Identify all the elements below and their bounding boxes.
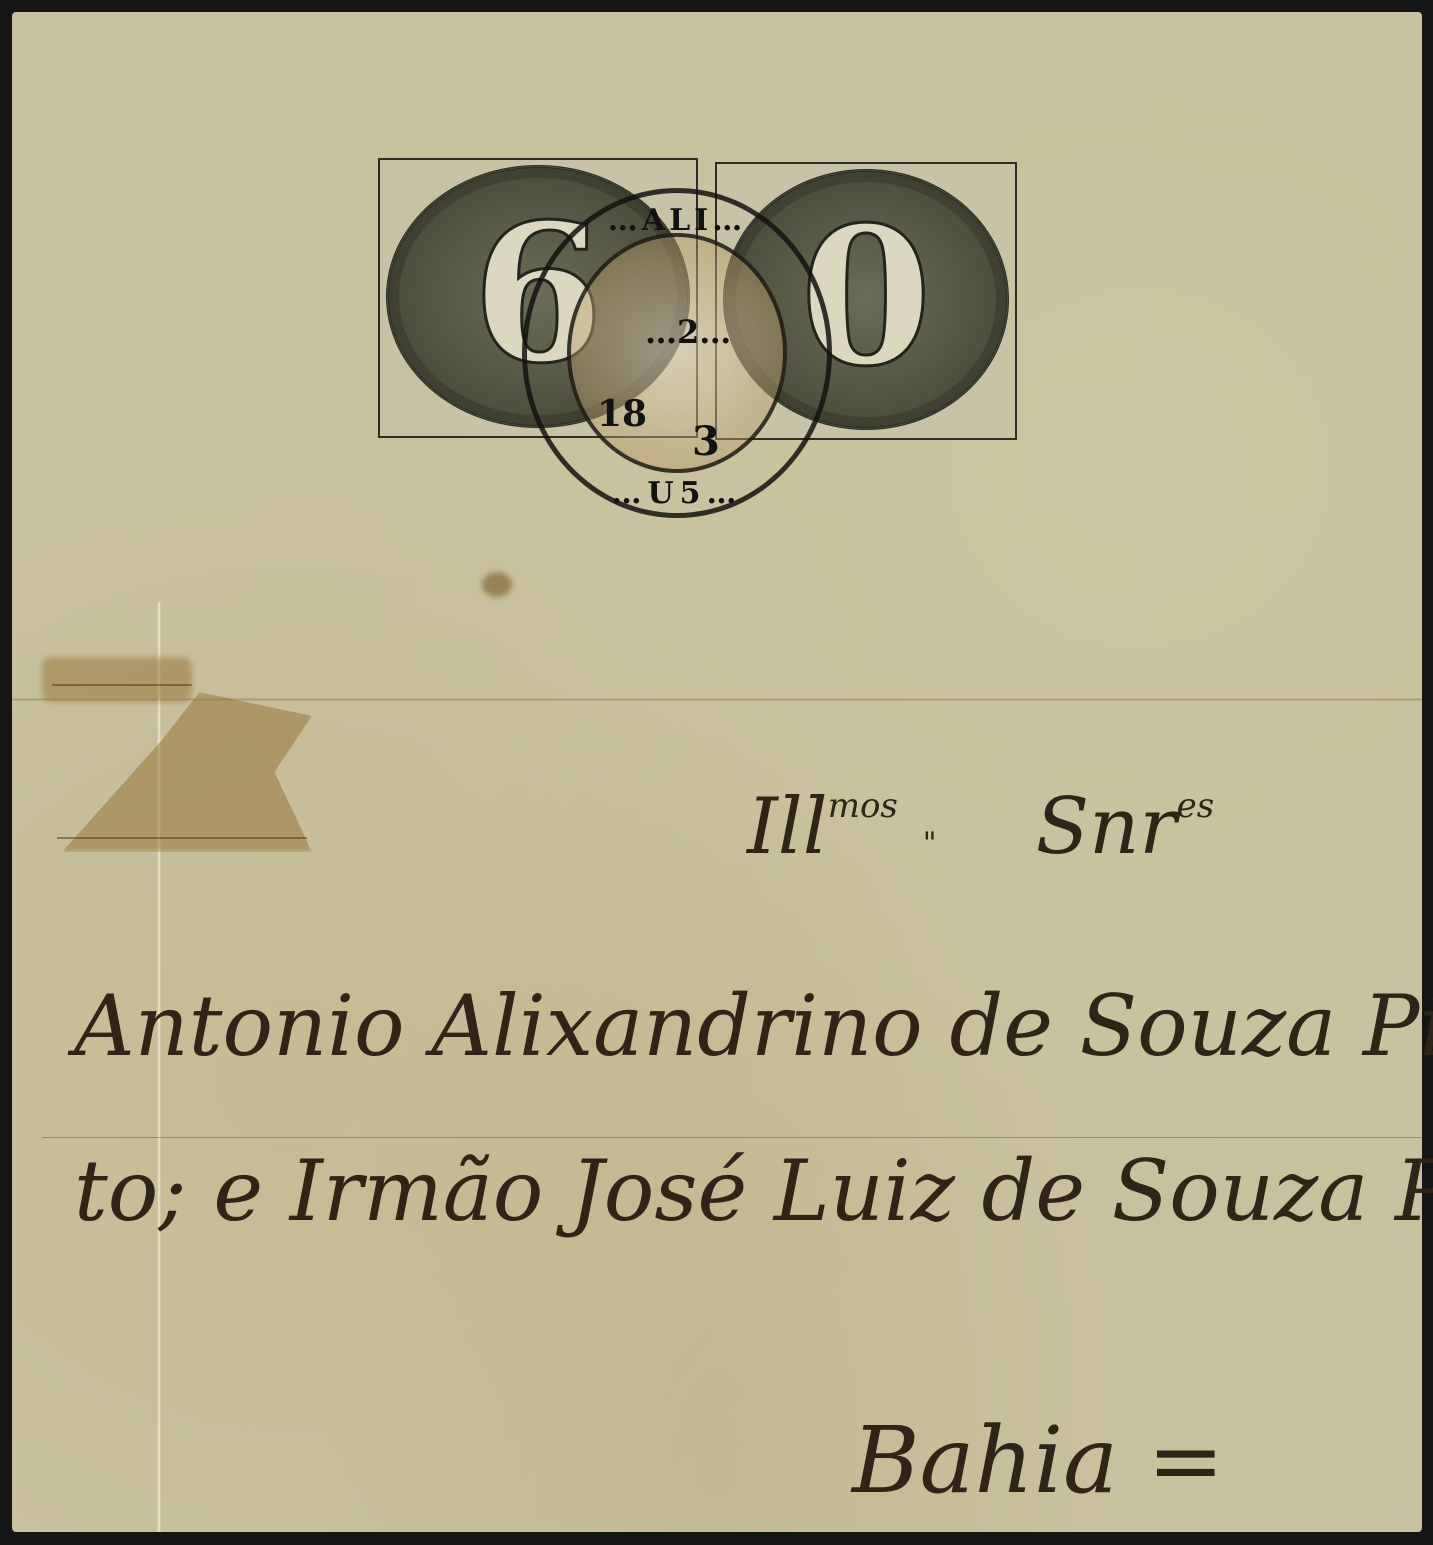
ruled-guideline (42, 1137, 1422, 1138)
salutation-main: Ill (747, 782, 828, 872)
address-line-2: to; e Irmão José Luiz de Souza Pinto: (74, 1142, 1433, 1240)
postmark-month: 3 (692, 418, 720, 465)
ink-spot (482, 572, 512, 597)
stain (62, 692, 312, 852)
postmark-day: 18 (597, 393, 647, 435)
salutation: Illmos " Snres (747, 782, 1214, 872)
postmark-bottom-text: …U5… (587, 476, 767, 511)
address-destination: Bahia = (852, 1407, 1224, 1514)
address-line-1: Antonio Alixandrino de Souza Pin- (74, 977, 1433, 1075)
title-superscript: es (1177, 786, 1215, 826)
salutation-superscript: mos (828, 786, 898, 826)
letter-cover: 6 0 …ALI… …2… 18 3 …U5… Illmos " Snres A… (12, 12, 1422, 1532)
stain (42, 657, 192, 702)
postmark-partial: …2… (645, 313, 731, 351)
ditto-mark: " (923, 826, 937, 861)
postmark-top-text: …ALI… (587, 203, 767, 238)
title-main: Snr (1036, 782, 1177, 872)
postmark: …ALI… …2… 18 3 …U5… (522, 188, 832, 518)
ruled-line-fragment (52, 684, 192, 686)
ruled-line-fragment (57, 837, 307, 839)
postmark-inner-ring (567, 233, 787, 473)
